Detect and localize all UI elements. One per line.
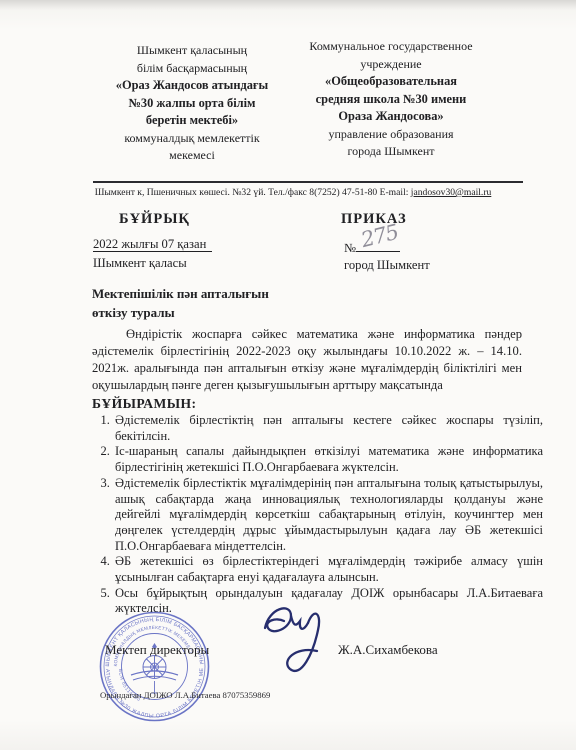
signatory-role: Мектеп директоры [105, 642, 209, 658]
email-link[interactable]: jandosov30@mail.ru [411, 187, 492, 198]
letterhead-russian: Коммунальное государственное учреждение … [296, 38, 486, 161]
directive-item: ӘБ жетекшісі өз бірлестіктеріндегі мұғал… [113, 554, 543, 585]
order-resolve-word: БҰЙЫРАМЫН: [92, 396, 196, 412]
order-date: 2022 жылғы 07 қазан [93, 237, 212, 252]
order-subject-line2: өткізу туралы [92, 303, 352, 322]
letterhead-line: «Ораз Жандосов атындағы [108, 77, 276, 95]
order-subject: Мектепішілік пән апталығын өткізу туралы [92, 284, 352, 322]
order-title-kazakh: БҰЙРЫҚ [119, 211, 190, 228]
letterhead-line: города Шымкент [296, 143, 486, 161]
order-city-kazakh: Шымкент қаласы [93, 256, 187, 271]
letterhead-line: беретін мектебі» [108, 112, 276, 130]
order-number-label: № [344, 241, 356, 255]
order-city-russian: город Шымкент [344, 258, 430, 273]
letterhead-line: средняя школа №30 имени [296, 91, 486, 109]
school-round-stamp: ШЫМКЕНТ ҚАЛАСЫНЫҢ БІЛІМ БАСҚАРМАСЫНЫҢ «О… [89, 601, 220, 732]
letterhead-line: управление образования [296, 126, 486, 144]
letterhead-line: «Общеобразовательная [296, 73, 486, 91]
executor-note: Орындаған ДОІЖО Л.А.Битаева 87075359869 [100, 690, 270, 700]
order-directives-list: Әдістемелік бірлестіктің пән апталығы ке… [92, 413, 543, 617]
letterhead-line: мекемесі [108, 147, 276, 165]
directive-item: Іс-шараның сапалы дайындықпен өткізілуі … [113, 444, 543, 475]
directive-item: Әдістемелік бірлестіктің пән апталығы ке… [113, 413, 543, 444]
order-subject-line1: Мектепішілік пән апталығын [92, 284, 352, 303]
order-date-text: 2022 жылғы 07 қазан [93, 237, 212, 252]
letterhead-line: Ораза Жандосова» [296, 108, 486, 126]
order-preamble: Өндірістік жоспарға сәйкес математика жә… [92, 326, 522, 394]
letterhead-line: коммуналдық мемлекеттік [108, 130, 276, 148]
letterhead-divider-rule [93, 181, 523, 183]
letterhead-line: учреждение [296, 56, 486, 74]
scanned-order-document: Шымкент қаласының білім басқармасының «О… [0, 0, 576, 750]
signatory-name: Ж.А.Сихамбекова [338, 642, 438, 658]
letterhead-line: Коммунальное государственное [296, 38, 486, 56]
letterhead-kazakh: Шымкент қаласының білім басқармасының «О… [108, 42, 276, 165]
director-signature [243, 594, 351, 690]
letterhead-line: білім басқармасының [108, 60, 276, 78]
contact-address-line: Шымкент к, Пшеничных көшесі. №32 үй. Тел… [62, 187, 524, 198]
address-text: Шымкент к, Пшеничных көшесі. №32 үй. Тел… [95, 187, 411, 198]
letterhead-line: Шымкент қаласының [108, 42, 276, 60]
directive-item: Әдістемелік бірлестіктік мұғалімдерінің … [113, 476, 543, 555]
letterhead-line: №30 жалпы орта білім [108, 95, 276, 113]
